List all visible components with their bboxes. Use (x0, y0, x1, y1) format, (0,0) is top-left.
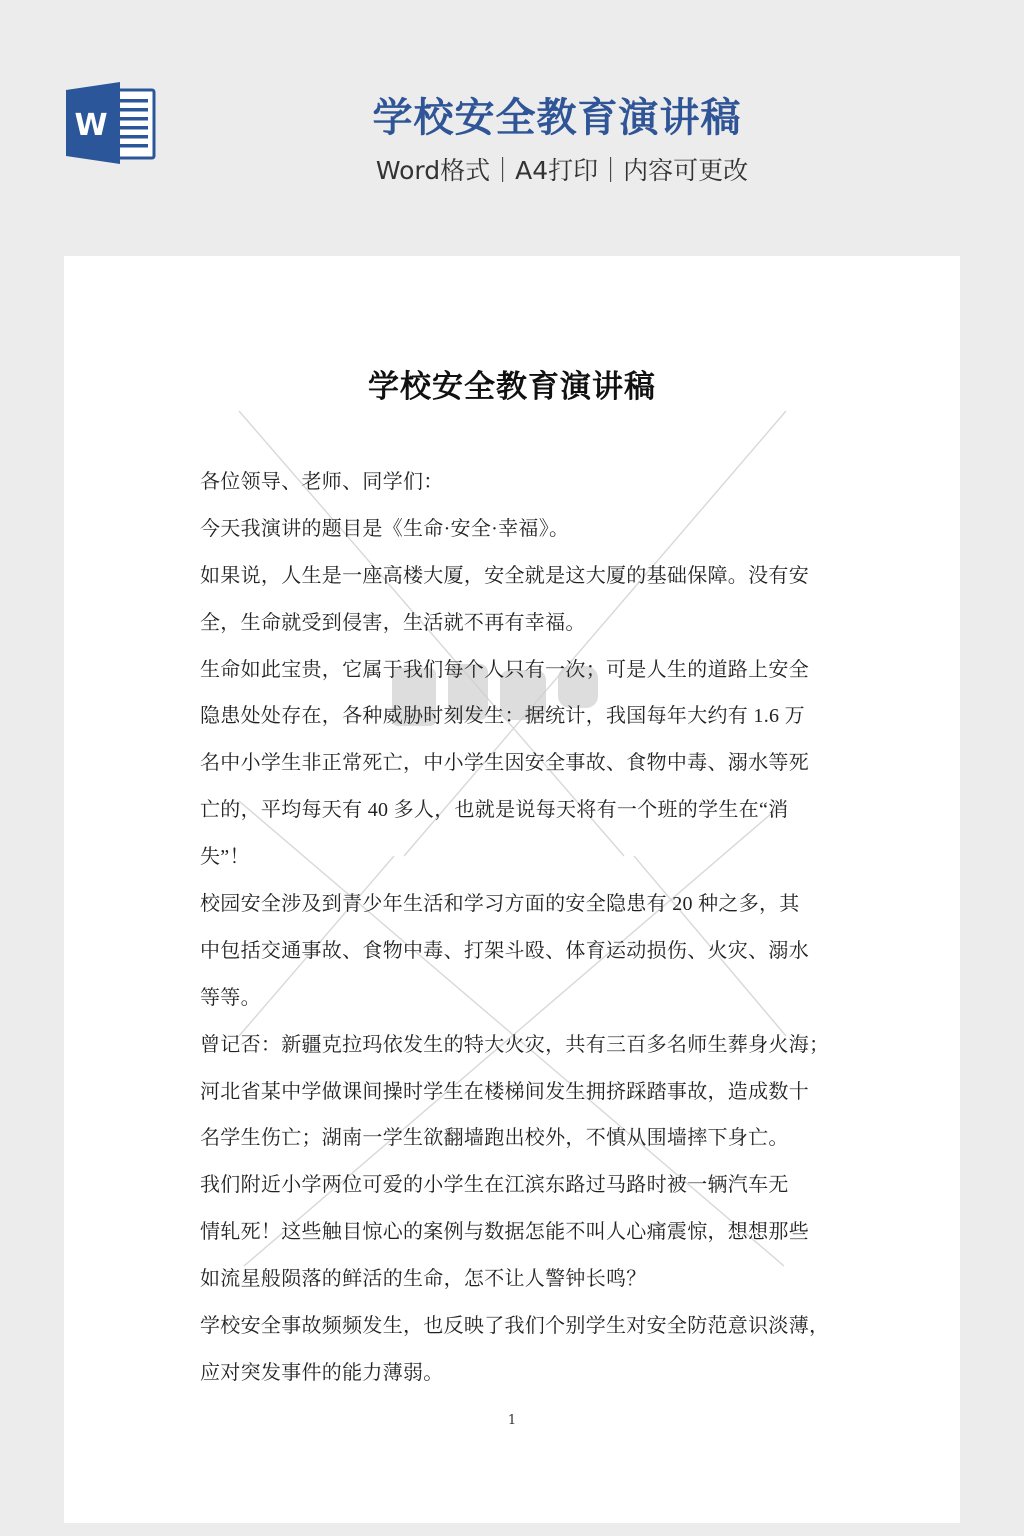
text-line: 情轧死！这些触目惊心的案例与数据怎能不叫人心痛震惊，想想那些 (200, 1209, 830, 1256)
text-line: 中包括交通事故、食物中毒、打架斗殴、体育运动损伤、火灾、溺水 (200, 928, 830, 975)
word-document-icon: W (64, 80, 158, 166)
text-line: 失”！ (200, 834, 830, 881)
text-line: 河北省某中学做课间操时学生在楼梯间发生拥挤踩踏事故，造成数十 (200, 1069, 830, 1116)
text-line: 学校安全事故频频发生，也反映了我们个别学生对安全防范意识淡薄， (200, 1303, 830, 1350)
text-line: 名学生伤亡；湖南一学生欲翻墙跑出校外，不慎从围墙摔下身亡。 (200, 1115, 830, 1162)
text-line: 曾记否：新疆克拉玛依发生的特大火灾，共有三百多名师生葬身火海； (200, 1022, 830, 1069)
text-line: 如果说，人生是一座高楼大厦，安全就是这大厦的基础保障。没有安 (200, 553, 830, 600)
text-line: 应对突发事件的能力薄弱。 (200, 1350, 830, 1397)
page-number: 1 (64, 1413, 960, 1428)
text-line: 今天我演讲的题目是《生命·安全·幸福》。 (200, 506, 830, 553)
document-title: 学校安全教育演讲稿 (64, 366, 960, 408)
text-line: 隐患处处存在，各种威胁时刻发生：据统计，我国每年大约有 1.6 万 (200, 693, 830, 740)
text-line: 名中小学生非正常死亡，中小学生因安全事故、食物中毒、溺水等死 (200, 740, 830, 787)
banner-title: 学校安全教育演讲稿 (340, 92, 774, 144)
text-line: 如流星般陨落的鲜活的生命，怎不让人警钟长鸣？ (200, 1256, 830, 1303)
text-line: 我们附近小学两位可爱的小学生在江滨东路过马路时被一辆汽车无 (200, 1162, 830, 1209)
text-line: 全，生命就受到侵害，生活就不再有幸福。 (200, 600, 830, 647)
svg-text:W: W (74, 108, 107, 143)
document-body: 各位领导、老师、同学们： 今天我演讲的题目是《生命·安全·幸福》。 如果说，人生… (200, 459, 830, 1397)
text-line: 等等。 (200, 975, 830, 1022)
text-line: 亡的，平均每天有 40 多人，也就是说每天将有一个班的学生在“消 (200, 787, 830, 834)
banner-subtitle: Word格式｜A4打印｜内容可更改 (340, 154, 784, 188)
document-page: 学校安全教育演讲稿 各位领导、老师、同学们： 今天我演讲的题目是《生命·安全·幸… (64, 256, 960, 1523)
text-line: 各位领导、老师、同学们： (200, 459, 830, 506)
text-line: 校园安全涉及到青少年生活和学习方面的安全隐患有 20 种之多，其 (200, 881, 830, 928)
text-line: 生命如此宝贵，它属于我们每个人只有一次；可是人生的道路上安全 (200, 647, 830, 694)
